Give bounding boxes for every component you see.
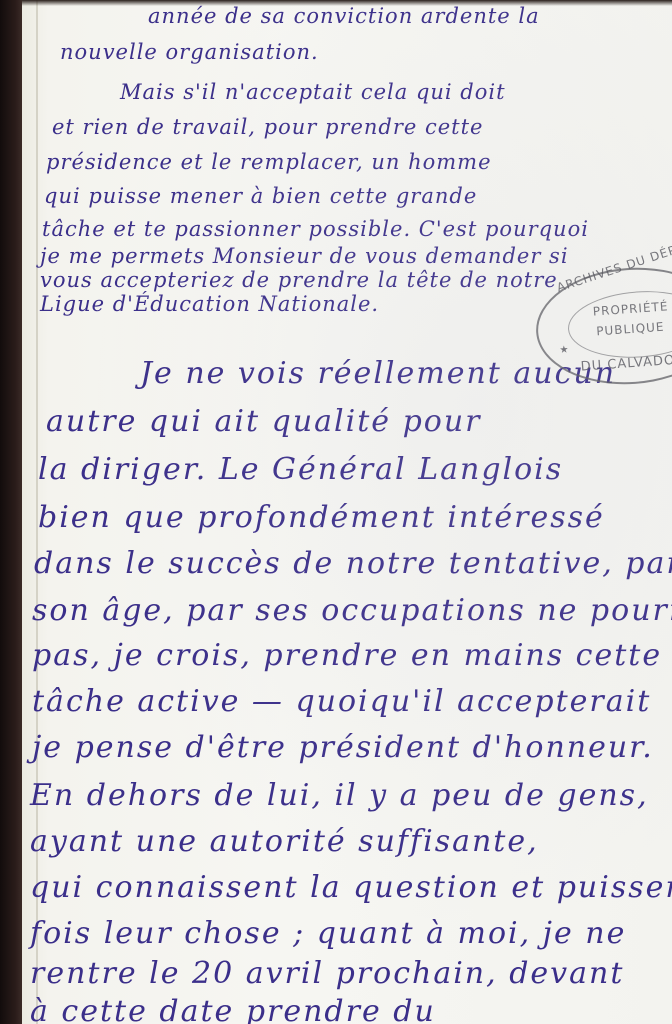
stamp-bottom-text: DU CALVADO [580, 353, 672, 375]
text-line-16: son âge, par ses occupations ne pourrait [32, 593, 672, 628]
text-line-21: ayant une autorité suffisante, [30, 824, 539, 859]
text-line-4: et rien de travail, pour prendre cette [52, 115, 483, 139]
text-line-6: qui puisse mener à bien cette grande [44, 184, 477, 208]
text-line-11: Je ne vois réellement aucun [140, 356, 616, 391]
text-line-13: la diriger. Le Général Langlois [38, 452, 563, 487]
text-line-2: nouvelle organisation. [60, 40, 319, 64]
text-line-3: Mais s'il n'acceptait cela qui doit [120, 80, 506, 104]
star-icon: ★ [559, 344, 569, 356]
text-line-19: je pense d'être président d'honneur. [32, 730, 654, 765]
text-line-12: autre qui ait qualité pour [46, 404, 482, 439]
text-line-17: pas, je crois, prendre en mains cette [32, 638, 662, 673]
text-line-24: rentre le 20 avril prochain, devant [30, 956, 624, 991]
text-line-1: année de sa conviction ardente la [148, 4, 540, 28]
text-line-15: dans le succès de notre tentative, par [34, 546, 672, 581]
letter-page: année de sa conviction ardente la nouvel… [22, 0, 672, 1024]
text-line-5: présidence et le remplacer, un homme [46, 150, 492, 174]
text-line-10: Ligue d'Éducation Nationale. [40, 292, 379, 316]
text-line-25: à cette date prendre du [30, 994, 436, 1024]
stamp-top-text: ARCHIVES DU DÉPARTE [555, 232, 672, 294]
text-line-18: tâche active — quoiqu'il accepterait [32, 684, 651, 719]
text-line-23: fois leur chose ; quant à moi, je ne [30, 916, 626, 951]
text-line-9: vous accepteriez de prendre la tête de n… [40, 268, 558, 292]
text-line-14: bien que profondément intéressé [38, 500, 605, 535]
text-line-8: je me permets Monsieur de vous demander … [40, 244, 569, 268]
text-line-7: tâche et te passionner possible. C'est p… [42, 217, 589, 241]
text-line-22: qui connaissent la question et puissent … [30, 870, 672, 905]
page-top-shadow [22, 0, 672, 6]
book-binding-edge [0, 0, 22, 1024]
text-line-20: En dehors de lui, il y a peu de gens, [30, 778, 649, 813]
